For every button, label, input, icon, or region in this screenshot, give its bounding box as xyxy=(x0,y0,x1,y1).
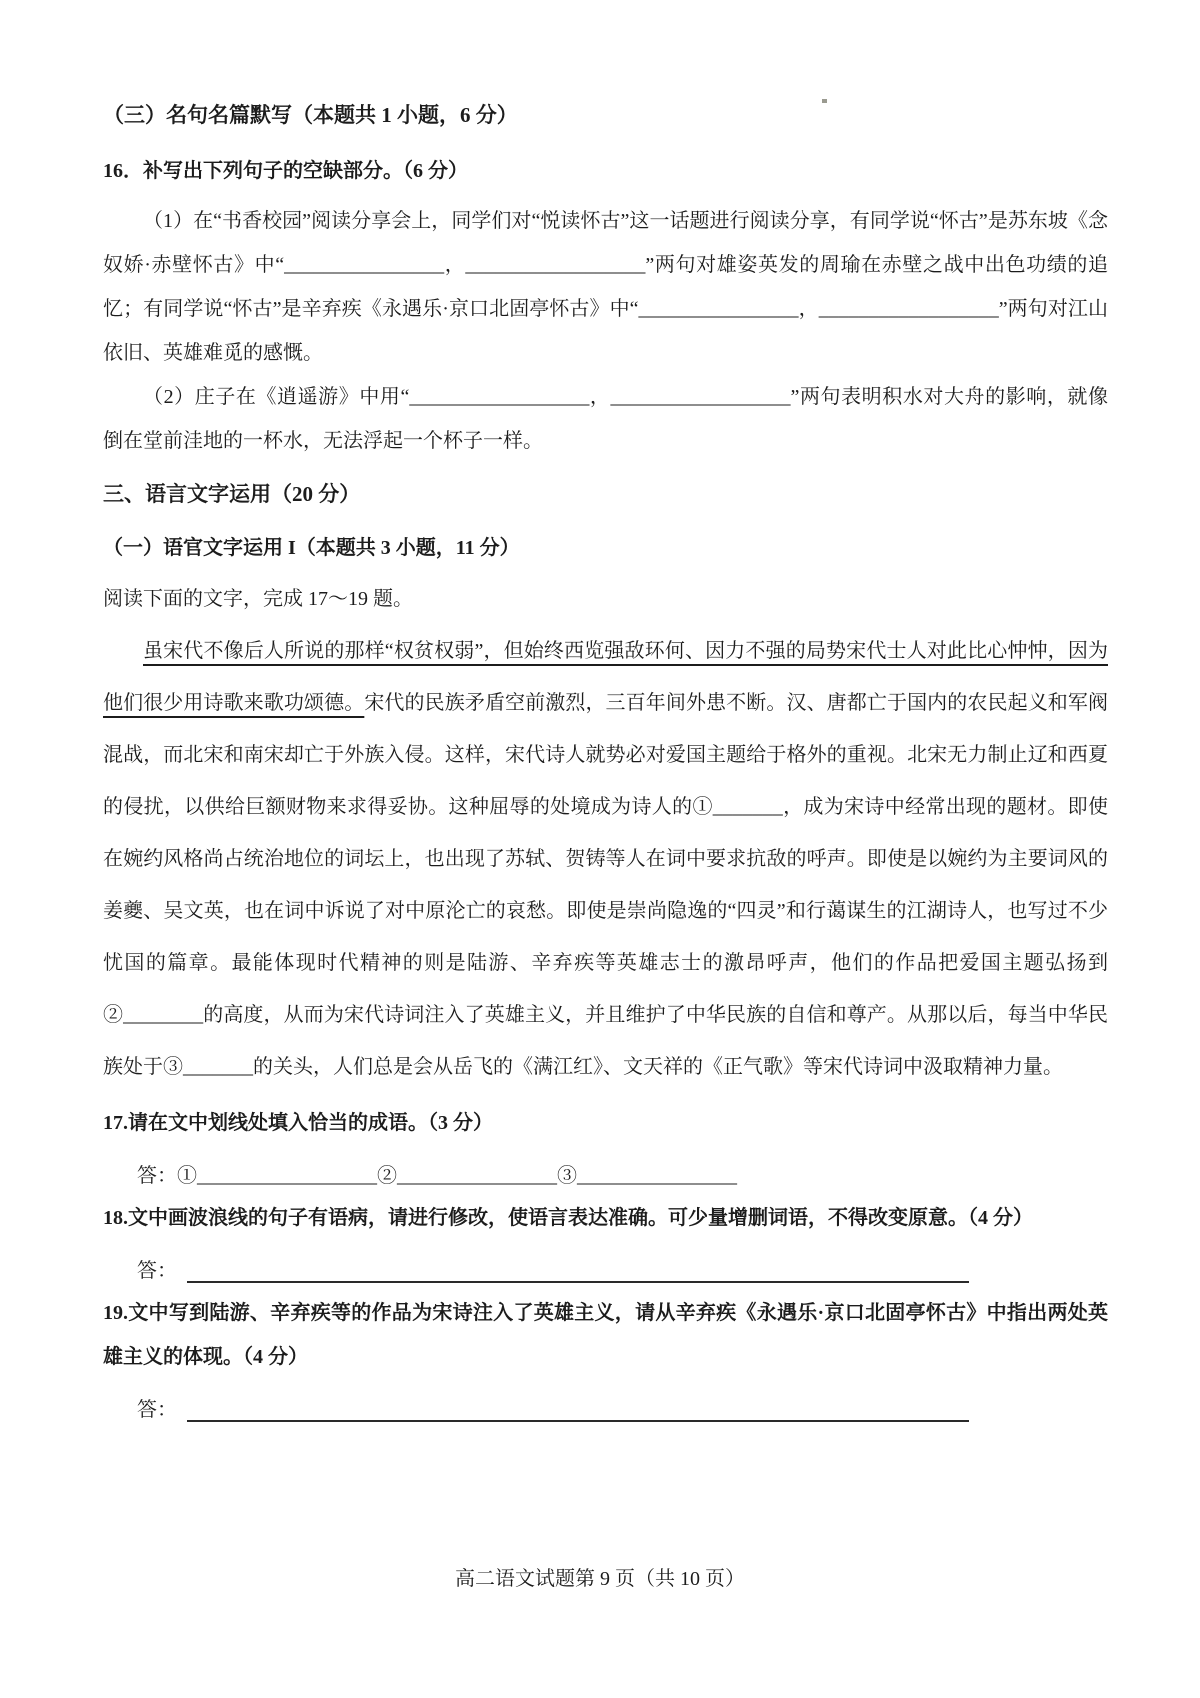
section-language-subheading: （一）语官文字运用 I（本题共 3 小题，11 分） xyxy=(103,531,1108,560)
reading-passage: 虽宋代不像后人所说的那样“权贫权弱”，但始终西览强敌环何、因力不强的局势宋代士人… xyxy=(103,625,1108,1093)
question-18-stem: 18.文中画波浪线的句子有语病，请进行修改，使语言表达准确。可少量增删词语，不得… xyxy=(103,1196,1108,1240)
question-19-stem: 19.文中写到陆游、辛弃疾等的作品为宋诗注入了英雄主义，请从辛弃疾《永遇乐·京口… xyxy=(103,1291,1108,1379)
section-language-heading: 三、语言文字运用（20 分） xyxy=(103,479,1108,509)
question-18-answer-line xyxy=(187,1259,969,1283)
question-19-answer-label: 答： xyxy=(137,1393,177,1422)
question-19-answer-row: 答： xyxy=(137,1393,1108,1422)
question-17-answer-blanks: 答：①__________________②________________③_… xyxy=(137,1159,1108,1188)
exam-page: （三）名句名篇默写（本题共 1 小题，6 分） 16．补写出下列句子的空缺部分。… xyxy=(0,0,1200,1698)
question-19-answer-line xyxy=(187,1398,969,1422)
section-dictation-heading: （三）名句名篇默写（本题共 1 小题，6 分） xyxy=(103,100,1108,130)
passage-body-text: 宋代的民族矛盾空前激烈，三百年间外患不断。汉、唐都亡于国内的农民起义和军阀混战，… xyxy=(103,692,1108,1078)
page-footer: 高二语文试题第 9 页（共 10 页） xyxy=(0,1562,1200,1591)
question-16-part1: （1）在“书香校园”阅读分享会上，同学们对“悦读怀古”这一话题进行阅读分享，有同… xyxy=(103,199,1108,375)
scan-artifact-speck xyxy=(822,99,827,103)
question-16-stem: 16．补写出下列句子的空缺部分。（6 分） xyxy=(103,154,1108,183)
reading-instruction: 阅读下面的文字，完成 17～19 题。 xyxy=(103,582,1108,611)
question-17-stem: 17.请在文中划线处填入恰当的成语。（3 分） xyxy=(103,1101,1108,1145)
question-16-part2: （2）庄子在《逍遥游》中用“__________________，_______… xyxy=(103,375,1108,463)
question-18-answer-row: 答： xyxy=(137,1254,1108,1283)
question-18-answer-label: 答： xyxy=(137,1254,177,1283)
